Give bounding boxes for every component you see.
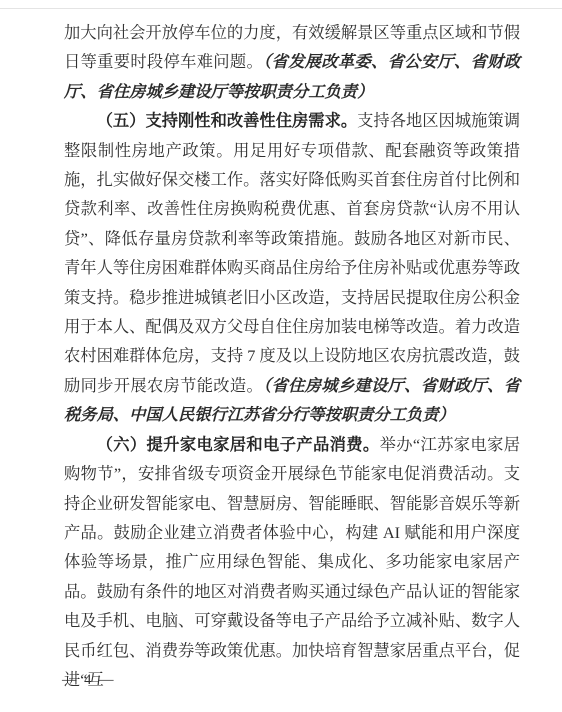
body-text: 支持各地区因城施策调整限制性房地产政策。用足用好专项借款、配套融资等政策措施，扎… (64, 111, 520, 395)
section-heading: （五）支持刚性和改善性住房需求。 (97, 111, 358, 130)
paragraph: （五）支持刚性和改善性住房需求。支持各地区因城施策调整限制性房地产政策。用足用好… (64, 106, 520, 429)
body-text: 举办“江苏家电家居购物节”，安排省级专项资金开展绿色节能家电促消费活动。支持企业… (64, 435, 520, 689)
document-body: 加大向社会开放停车位的力度，有效缓解景区等重点区域和节假日等重要时段停车难问题。… (64, 18, 520, 694)
document-page: 加大向社会开放停车位的力度，有效缓解景区等重点区域和节假日等重要时段停车难问题。… (0, 0, 562, 712)
section-heading: （六）提升家电家居和电子产品消费。 (97, 435, 380, 454)
page-number: — 4 — (62, 672, 116, 689)
page-top-edge-line (0, 8, 562, 9)
paragraph: 加大向社会开放停车位的力度，有效缓解景区等重点区域和节假日等重要时段停车难问题。… (64, 18, 520, 106)
paragraph: （六）提升家电家居和电子产品消费。举办“江苏家电家居购物节”，安排省级专项资金开… (64, 430, 520, 695)
